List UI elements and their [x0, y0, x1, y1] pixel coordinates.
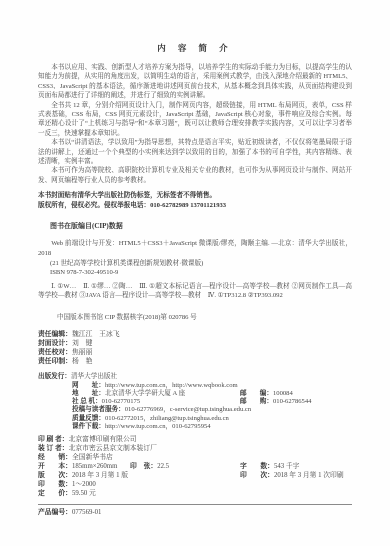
publisher-quality-row: 质量反馈：010-62772015，zhiliang@tup.tsinghua.…	[72, 415, 352, 423]
price-label: 定 价：	[38, 489, 72, 498]
staff-row-proofreader: 责任校对：焦丽丽	[38, 348, 352, 357]
intro-section: 本书以应用、实践、创新型人才培养方案为指导，以培养学生的实际动手能力为目标，以提…	[38, 63, 352, 185]
staff-label: 责任印制：	[38, 358, 72, 365]
staff-row-editor: 责任编辑：魏江江 王冰飞	[38, 330, 352, 339]
zip-label: 邮 编：	[240, 390, 273, 397]
zip-col: 邮 编：100084	[240, 390, 293, 398]
distributor-label: 经 销：	[38, 453, 72, 462]
sheets-label: 印 张：	[130, 463, 157, 470]
distributor-value: 全国新华书店	[72, 453, 113, 462]
publisher-name: 清华大学出版社	[71, 373, 117, 381]
format-col: 开 本：185mm×260mm	[38, 462, 130, 471]
edition-label: 版 次：	[38, 472, 72, 479]
courseware-label: 课件下载：	[72, 423, 105, 431]
word-count-label: 字 数：	[240, 463, 274, 470]
format-row: 开 本：185mm×260mm 印 张：22.5 字 数：543 千字	[38, 462, 352, 471]
mail-order-col: 邮 购：010-62786544	[240, 398, 311, 406]
address-label: 地 址：	[72, 390, 105, 397]
publisher-courseware-row: 课件下载：http://www.tup.com.cn，010-62795954	[72, 423, 352, 431]
printer-row: 印 刷 者：北京富博印刷有限公司	[38, 435, 352, 444]
service-value: 010-62776969，c-service@tup.tsinghua.edu.…	[125, 406, 251, 414]
anti-piracy-line-2: 版权所有，侵权必究。侵权举报电话：010-62782989 1370112193…	[38, 201, 352, 211]
copyright-page: 内 容 简 介 本书以应用、实践、创新型人才培养方案为指导，以培养学生的实际动手…	[0, 0, 390, 546]
website-label: 网 址：	[72, 382, 105, 390]
switchboard-label: 社 总 机：	[72, 398, 102, 405]
staff-section: 责任编辑：魏江江 王冰飞 封面设计：刘 键 责任校对：焦丽丽 责任印制：杨 艳	[38, 330, 352, 366]
format-value: 185mm×260mm	[72, 463, 117, 470]
product-number-value: 077569-01	[72, 509, 101, 516]
intro-paragraph-3: 本书以“讲清语法，学以致用”为指导思想，其特点是语言平实，贴近初级读者，不仅仅将…	[38, 138, 352, 166]
intro-paragraph-1: 本书以应用、实践、创新型人才培养方案为指导，以培养学生的实际动手能力为目标，以提…	[38, 63, 352, 101]
imprint-section: 印 刷 者：北京富博印刷有限公司 装 订 者：北京市密云县京文制本装订厂 经 销…	[38, 435, 352, 498]
binder-row: 装 订 者：北京市密云县京文制本装订厂	[38, 444, 352, 453]
address-col: 地 址：北京清华大学学研大厦 A 座	[72, 390, 240, 398]
distributor-row: 经 销：全国新华书店	[38, 453, 352, 462]
copies-label: 印 数：	[38, 480, 72, 489]
word-count-col: 字 数：543 千字	[240, 462, 299, 471]
price-row: 定 价：59.50 元	[38, 489, 352, 498]
printer-value: 北京富博印刷有限公司	[69, 435, 137, 444]
cip-record-number: 中国版本图书馆 CIP 数据核字(2018)第 020786 号	[57, 313, 352, 322]
publisher-website-row: 网 址：http://www.tup.com.cn，http://www.wqb…	[72, 382, 352, 390]
website-value: http://www.tup.com.cn，http://www.wqbook.…	[105, 382, 238, 390]
staff-value: 刘 键	[72, 340, 92, 347]
publisher-section: 出版发行：清华大学出版社 网 址：http://www.tup.com.cn，h…	[38, 373, 352, 431]
copies-value: 1～2000	[72, 480, 96, 489]
mail-order-label: 邮 购：	[240, 398, 273, 405]
address-value: 北京清华大学学研大厦 A 座	[105, 390, 185, 397]
courseware-value: http://www.tup.com.cn，010-62795954	[105, 423, 211, 431]
edition-value: 2018 年 3 月第 1 版	[72, 472, 128, 479]
anti-piracy-line-1: 本书封面贴有清华大学出版社防伪标签，无标签者不得销售。	[38, 191, 352, 201]
binder-label: 装 订 者：	[38, 444, 69, 453]
footer-divider	[38, 504, 352, 505]
staff-label: 责任校对：	[38, 349, 72, 356]
copies-row: 印 数：1～2000	[38, 480, 352, 489]
cip-classification: Ⅰ. ①W… Ⅱ. ①缪… ②陶… Ⅲ. ①超文本标记语言—程序设计—高等学校—…	[38, 282, 352, 300]
staff-value: 魏江江 王冰飞	[72, 331, 120, 338]
publisher-row: 出版发行：清华大学出版社	[38, 373, 352, 381]
edition-col: 版 次：2018 年 3 月第 1 版	[38, 471, 240, 480]
printer-label: 印 刷 者：	[38, 435, 69, 444]
intro-paragraph-2: 全书共 12 章，分别介绍网页设计入门，制作网页内容，超级链接，用 HTML 布…	[38, 101, 352, 139]
word-count-value: 543 千字	[274, 463, 300, 470]
sheets-col: 印 张：22.5	[130, 462, 240, 471]
publisher-service-row: 投稿与读者服务：010-62776969，c-service@tup.tsing…	[72, 406, 352, 414]
zip-value: 100084	[273, 390, 293, 397]
format-label: 开 本：	[38, 463, 72, 470]
switchboard-value: 010-62770175	[102, 398, 140, 405]
binder-value: 北京市密云县京文制本装订厂	[69, 444, 157, 453]
printing-col: 印 次：2018 年 3 月第 1 次印刷	[240, 471, 344, 480]
printing-value: 2018 年 3 月第 1 次印刷	[274, 472, 344, 479]
intro-heading: 内 容 简 介	[38, 42, 352, 54]
staff-label: 封面设计：	[38, 340, 72, 347]
cip-series-note: (21 世纪高等学校计算机类课程创新规划教材·微课版)	[50, 259, 352, 268]
isbn-number: ISBN 978-7-302-49510-9	[50, 268, 352, 277]
publisher-label: 出版发行：	[38, 373, 71, 381]
staff-row-print-supervisor: 责任印制：杨 艳	[38, 357, 352, 366]
cip-entry: Web 前端设计与开发：HTML5＋CSS3＋JavaScript 微课版/缪亮…	[38, 239, 352, 257]
sheets-value: 22.5	[157, 463, 169, 470]
staff-value: 杨 艳	[72, 358, 92, 365]
product-number-label: 产品编号：	[38, 509, 72, 516]
staff-value: 焦丽丽	[72, 349, 92, 356]
staff-row-cover-design: 封面设计：刘 键	[38, 339, 352, 348]
cip-heading: 图书在版编目(CIP)数据	[50, 221, 352, 231]
printing-label: 印 次：	[240, 472, 274, 479]
anti-piracy-notice: 本书封面贴有清华大学出版社防伪标签，无标签者不得销售。 版权所有，侵权必究。侵权…	[38, 191, 352, 210]
product-number-row: 产品编号：077569-01	[38, 508, 352, 517]
quality-label: 质量反馈：	[72, 415, 105, 423]
publisher-address-row: 地 址：北京清华大学学研大厦 A 座 邮 编：100084	[72, 390, 352, 398]
price-value: 59.50 元	[72, 489, 96, 498]
intro-paragraph-4: 本书可作为高等院校、高职院校计算机专业及相关专业的教材，也可作为从事网页设计与制…	[38, 166, 352, 185]
edition-row: 版 次：2018 年 3 月第 1 版 印 次：2018 年 3 月第 1 次印…	[38, 471, 352, 480]
staff-label: 责任编辑：	[38, 331, 72, 338]
mail-order-value: 010-62786544	[273, 398, 311, 405]
quality-value: 010-62772015，zhiliang@tup.tsinghua.edu.c…	[105, 415, 229, 423]
service-label: 投稿与读者服务：	[72, 406, 125, 414]
